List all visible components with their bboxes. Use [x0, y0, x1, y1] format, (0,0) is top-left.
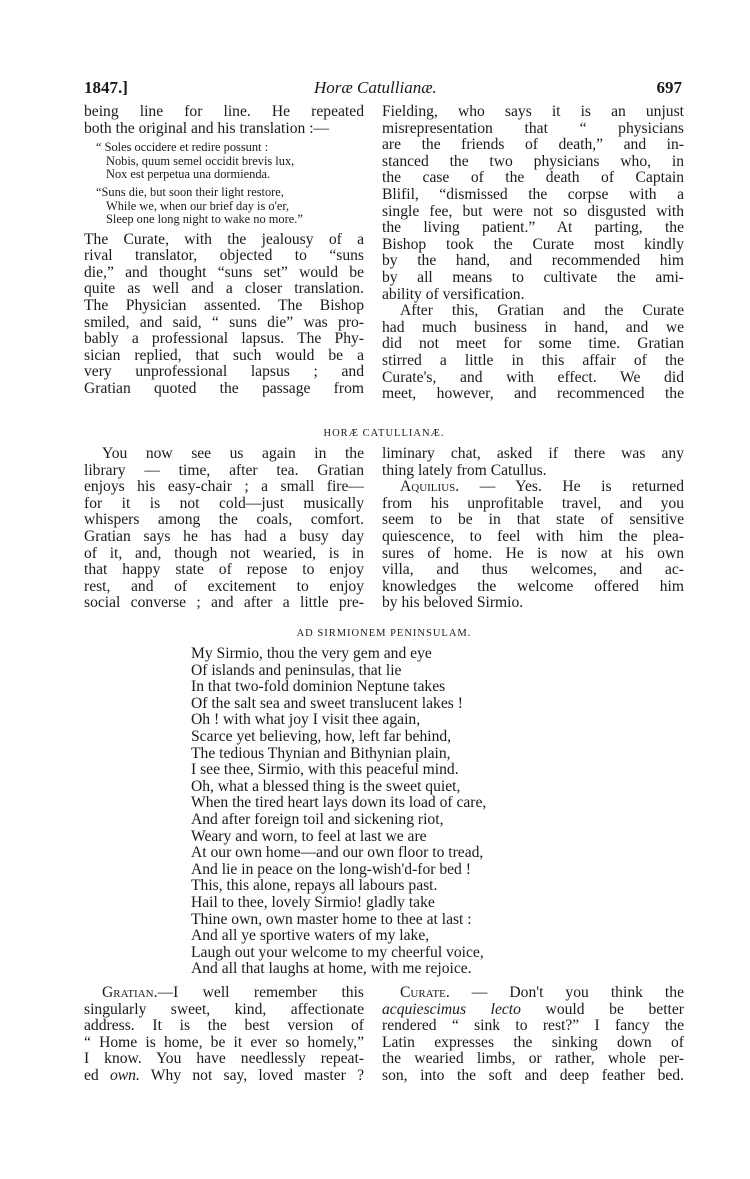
poem-line: And after foreign toil and sickening rio… — [191, 812, 591, 829]
poem-line: This, this alone, repays all labours pas… — [191, 878, 591, 895]
top-left-column: being line for line. He repeated both th… — [84, 104, 364, 398]
speaker-line: Aquilius. — Yes. He is returned — [382, 479, 684, 496]
middle-right-column: liminary chat, asked if there was any th… — [382, 446, 684, 612]
text-line: knowledges the welcome offered him — [382, 579, 684, 596]
verse-line: Nox est perpetua una dormienda. — [96, 168, 364, 181]
text-line: After this, Gratian and the Curate — [382, 303, 684, 320]
speaker-name: Gratian. — [102, 984, 158, 1001]
text-line: rendered “ sink to rest?” I fancy the — [382, 1018, 684, 1035]
text-line: stanced the two physicians who, in — [382, 154, 684, 171]
text-line: being line for line. He repeated — [84, 104, 364, 121]
verse-line: “ Soles occidere et redire possunt : — [96, 141, 364, 154]
top-right-column: Fielding, who says it is an unjust misre… — [382, 104, 684, 403]
text-line: die,” and thought “suns set” would be — [84, 265, 364, 282]
poem-line: Weary and worn, to feel at last we are — [191, 829, 591, 846]
bottom-left-column: Gratian.—I well remember this singularly… — [84, 985, 364, 1085]
text-line: liminary chat, asked if there was any — [382, 446, 684, 463]
poem-line: Of the salt sea and sweet translucent la… — [191, 696, 591, 713]
verse-line: While we, when our brief day is o'er, — [96, 200, 364, 213]
section-heading: HORÆ CATULLIANÆ. — [84, 428, 684, 439]
text-line: singularly sweet, kind, affectionate — [84, 1002, 364, 1019]
text-line: Gratian says he has had a busy day — [84, 529, 364, 546]
text-line: the wearied limbs, or rather, whole per- — [382, 1051, 684, 1068]
text-line: stirred a little in this affair of the — [382, 353, 684, 370]
poem: My Sirmio, thou the very gem and eye Of … — [191, 646, 591, 978]
poem-line: And all ye sportive waters of my lake, — [191, 928, 591, 945]
text-line: did not meet for some time. Gratian — [382, 336, 684, 353]
poem-line: My Sirmio, thou the very gem and eye — [191, 646, 591, 663]
poem-line: And all that laughs at home, with me rej… — [191, 961, 591, 978]
text-line: that happy state of repose to enjoy — [84, 562, 364, 579]
text-line: Bishop took the Curate most kindly — [382, 237, 684, 254]
speaker-line: Gratian.—I well remember this — [84, 985, 364, 1002]
text-line: villa, and thus welcomes, and ac- — [382, 562, 684, 579]
text-line: by his beloved Sirmio. — [382, 595, 684, 612]
text-line: the case of the death of Captain — [382, 170, 684, 187]
text-line: seem to be in that state of sensitive — [382, 512, 684, 529]
running-head-date: 1847.] — [84, 78, 128, 98]
text-line: are the friends of death,” and in- — [382, 137, 684, 154]
text-line: by the hand, and recommended him — [382, 253, 684, 270]
text-line: Curate's, and with effect. We did — [382, 370, 684, 387]
text-line: Fielding, who says it is an unjust — [382, 104, 684, 121]
poem-line: I see thee, Sirmio, with this peaceful m… — [191, 762, 591, 779]
page-number: 697 — [657, 78, 683, 98]
poem-line: Scarce yet believing, how, left far behi… — [191, 729, 591, 746]
text-line: rival translator, objected to “suns — [84, 248, 364, 265]
poem-line: Thine own, own master home to thee at la… — [191, 912, 591, 929]
text-line: enjoys his easy-chair ; a small fire— — [84, 479, 364, 496]
verse-line: Nobis, quum semel occidit brevis lux, — [96, 155, 364, 168]
poem-line: In that two-fold dominion Neptune takes — [191, 679, 591, 696]
text-line: quite as well and a closer translation. — [84, 281, 364, 298]
text-line: Blifil, “dismissed the corpse with a — [382, 187, 684, 204]
poem-line: Of islands and peninsulas, that lie — [191, 663, 591, 680]
verse-line: “Suns die, but soon their light restore, — [96, 186, 364, 199]
text-line: sures of home. He is now at his own — [382, 546, 684, 563]
text-line: library — time, after tea. Gratian — [84, 463, 364, 480]
running-head: 1847.] Horæ Catullianæ. 697 — [84, 78, 684, 100]
text-line: for it is not cold—just musically — [84, 496, 364, 513]
text-line: both the original and his translation :— — [84, 121, 364, 138]
poem-line: Oh, what a blessed thing is the sweet qu… — [191, 779, 591, 796]
text-line: sician replied, that such would be a — [84, 348, 364, 365]
text-line: son, into the soft and deep feather bed. — [382, 1068, 684, 1085]
poem-title: AD SIRMIONEM PENINSULAM. — [84, 628, 684, 639]
text-line: You now see us again in the — [84, 446, 364, 463]
text-line: whispers among the coals, comfort. — [84, 512, 364, 529]
poem-line: The tedious Thynian and Bithynian plain, — [191, 746, 591, 763]
text-line: I know. You have needlessly repeat- — [84, 1051, 364, 1068]
text-line: The Physician assented. The Bishop — [84, 298, 364, 315]
text-line: single fee, but were not so disgusted wi… — [382, 204, 684, 221]
middle-left-column: You now see us again in the library — ti… — [84, 446, 364, 612]
text-line: Latin expresses the sinking down of — [382, 1035, 684, 1052]
text-line: the living patient.” At parting, the — [382, 220, 684, 237]
verse-line: Sleep one long night to wake no more.” — [96, 213, 364, 226]
running-head-title: Horæ Catullianæ. — [314, 78, 437, 98]
text-line: “ Home is home, be it ever so homely,” — [84, 1035, 364, 1052]
speaker-name: Aquilius. — [400, 478, 459, 495]
text-line: acquiescimus lecto would be better — [382, 1002, 684, 1019]
speaker-name: Curate. — [400, 984, 450, 1001]
text-line: misrepresentation that “ physicians — [382, 121, 684, 138]
text-line: ability of versification. — [382, 287, 684, 304]
poem-line: Oh ! with what joy I visit thee again, — [191, 712, 591, 729]
text-line: ed own. Why not say, loved master ? — [84, 1068, 364, 1085]
text-line: The Curate, with the jealousy of a — [84, 232, 364, 249]
poem-line: When the tired heart lays down its load … — [191, 795, 591, 812]
text-line: quiescence, to feel with him the plea- — [382, 529, 684, 546]
poem-line: Laugh out your welcome to my cheerful vo… — [191, 945, 591, 962]
text-line: smiled, and said, “ suns die” was pro- — [84, 315, 364, 332]
text-line: bably a professional lapsus. The Phy- — [84, 331, 364, 348]
text-line: meet, however, and recommenced the — [382, 386, 684, 403]
bottom-right-column: Curate. — Don't you think the acquiescim… — [382, 985, 684, 1085]
text-line: by all means to cultivate the ami- — [382, 270, 684, 287]
text-line: Gratian quoted the passage from — [84, 381, 364, 398]
poem-line: And lie in peace on the long-wish'd-for … — [191, 862, 591, 879]
text-line: thing lately from Catullus. — [382, 463, 684, 480]
text-line: rest, and of excitement to enjoy — [84, 579, 364, 596]
text-line: social converse ; and after a little pre… — [84, 595, 364, 612]
text-line: address. It is the best version of — [84, 1018, 364, 1035]
text-line: from his unprofitable travel, and you — [382, 496, 684, 513]
text-line: very unprofessional lapsus ; and — [84, 364, 364, 381]
text-line: had much business in hand, and we — [382, 320, 684, 337]
text-line: of it, and, though not wearied, is in — [84, 546, 364, 563]
poem-line: Hail to thee, lovely Sirmio! gladly take — [191, 895, 591, 912]
latin-verse: “ Soles occidere et redire possunt : Nob… — [84, 141, 364, 181]
speaker-line: Curate. — Don't you think the — [382, 985, 684, 1002]
english-verse: “Suns die, but soon their light restore,… — [84, 186, 364, 226]
poem-line: At our own home—and our own floor to tre… — [191, 845, 591, 862]
